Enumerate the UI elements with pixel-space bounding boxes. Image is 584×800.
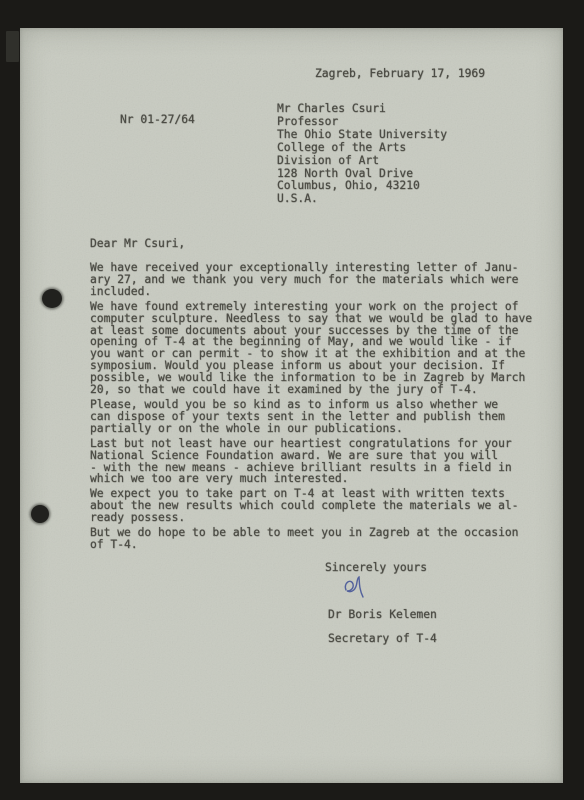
letter-paper: Zagreb, February 17, 1969 Nr 01-27/64 Mr… — [20, 28, 563, 783]
body-paragraph: We have received your exceptionally inte… — [90, 262, 552, 298]
signer-title: Secretary of T-4 — [328, 633, 437, 645]
body-paragraph: We expect you to take part on T-4 at lea… — [90, 488, 552, 524]
salutation: Dear Mr Csuri, — [90, 238, 185, 250]
signer-block: Dr Boris Kelemen Secretary of T-4 — [328, 597, 437, 657]
signer-name: Dr Boris Kelemen — [328, 609, 437, 621]
scan-border-mark — [6, 31, 19, 62]
body-paragraph: Please, would you be so kind as to infor… — [90, 399, 552, 435]
reference-number: Nr 01-27/64 — [120, 114, 195, 126]
letter-body: We have received your exceptionally inte… — [90, 262, 552, 554]
body-paragraph: We have found extremely interesting your… — [90, 301, 552, 396]
scanned-letter-photo: Zagreb, February 17, 1969 Nr 01-27/64 Mr… — [0, 0, 584, 800]
punch-hole-top — [42, 289, 62, 308]
punch-hole-bottom — [31, 505, 49, 523]
body-paragraph: But we do hope to be able to meet you in… — [90, 527, 552, 551]
recipient-address: Mr Charles Csuri Professor The Ohio Stat… — [277, 103, 447, 206]
letter-date: Zagreb, February 17, 1969 — [315, 68, 485, 80]
body-paragraph: Last but not least have our heartiest co… — [90, 438, 552, 486]
